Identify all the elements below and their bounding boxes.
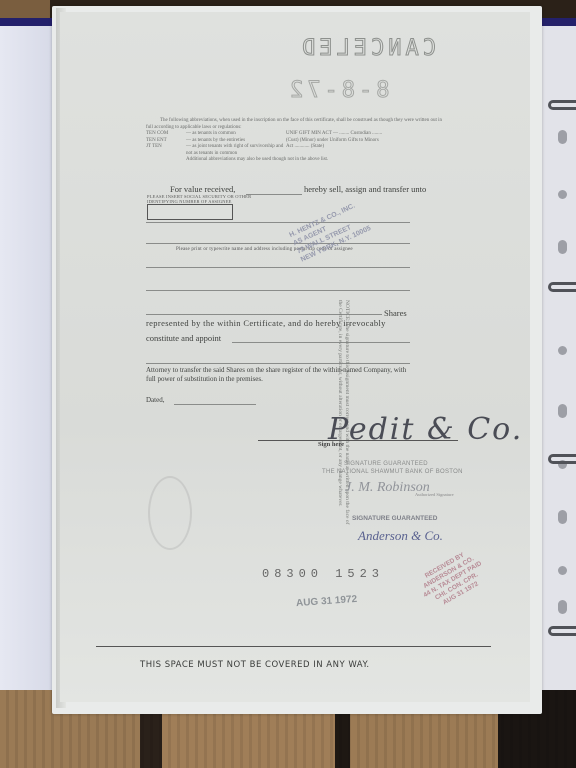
binder-ring: [548, 282, 576, 292]
constitute-text: constitute and appoint: [146, 333, 221, 343]
assignee-line: [146, 243, 410, 244]
abbr-key: JT TEN: [146, 144, 186, 157]
punch-hole: [558, 240, 567, 254]
punch-hole: [558, 404, 567, 418]
abbreviations-intro: The following abbreviations, when used i…: [146, 118, 446, 131]
dated-label: Dated,: [146, 396, 164, 404]
punch-hole: [558, 600, 567, 614]
abbreviation-row: JT TEN — as joint tenants with right of …: [146, 144, 446, 157]
binder-page-left: [0, 26, 60, 694]
stamp-line: THE NATIONAL SHAWMUT BANK OF BOSTON: [322, 468, 463, 476]
bank-guarantee-stamp: SIGNATURE GUARANTEED THE NATIONAL SHAWMU…: [322, 460, 463, 476]
for-value-received: For value received,: [170, 184, 235, 194]
handwritten-signature: Pedit & Co.: [328, 412, 523, 447]
sell-assign-transfer: hereby sell, assign and transfer unto: [304, 184, 426, 194]
binder-ring: [548, 454, 576, 464]
watermark-vignette: [148, 476, 192, 550]
bottom-rule: [96, 646, 491, 647]
punch-hole: [558, 346, 567, 355]
date-perforation: 8-8-72: [286, 78, 389, 103]
punch-hole: [558, 566, 567, 575]
punch-hole: [558, 190, 567, 199]
assignee-line: [146, 222, 410, 223]
ssn-field[interactable]: [147, 204, 233, 220]
do-not-cover-notice: THIS SPACE MUST NOT BE COVERED IN ANY WA…: [140, 660, 370, 670]
binder-spine: [540, 30, 576, 690]
attorney-text: Attorney to transfer the said Shares on …: [146, 366, 416, 384]
stamp-line: SIGNATURE GUARANTEED: [322, 460, 463, 468]
abbr-extra: Act ............ (State): [286, 144, 446, 157]
abbr-value: — as joint tenants with right of survivo…: [186, 144, 286, 157]
certificate-number: 08300 1523: [262, 567, 384, 581]
shares-label: Shares: [384, 308, 407, 318]
authorized-signature-label: Authorized Signature: [415, 492, 454, 497]
abbreviations-note: Additional abbreviations may also be use…: [146, 157, 446, 164]
attorney-line: [232, 342, 410, 343]
binder-ring: [548, 100, 576, 110]
anderson-signature: Anderson & Co.: [358, 528, 443, 544]
binder-ring: [548, 626, 576, 636]
cancel-perforation: CANCELED: [298, 36, 436, 61]
anderson-guarantee-stamp: SIGNATURE GUARANTEED: [352, 515, 437, 522]
ssn-label: PLEASE INSERT SOCIAL SECURITY OR OTHER I…: [147, 194, 257, 204]
abbreviations-block: The following abbreviations, when used i…: [146, 118, 446, 164]
represented-text: represented by the within Certificate, a…: [146, 318, 416, 328]
punch-hole: [558, 130, 567, 144]
attorney-line: [146, 363, 410, 364]
address-line: [146, 267, 410, 268]
punch-hole: [558, 510, 567, 524]
address-line: [146, 290, 410, 291]
date-line: [174, 404, 256, 405]
